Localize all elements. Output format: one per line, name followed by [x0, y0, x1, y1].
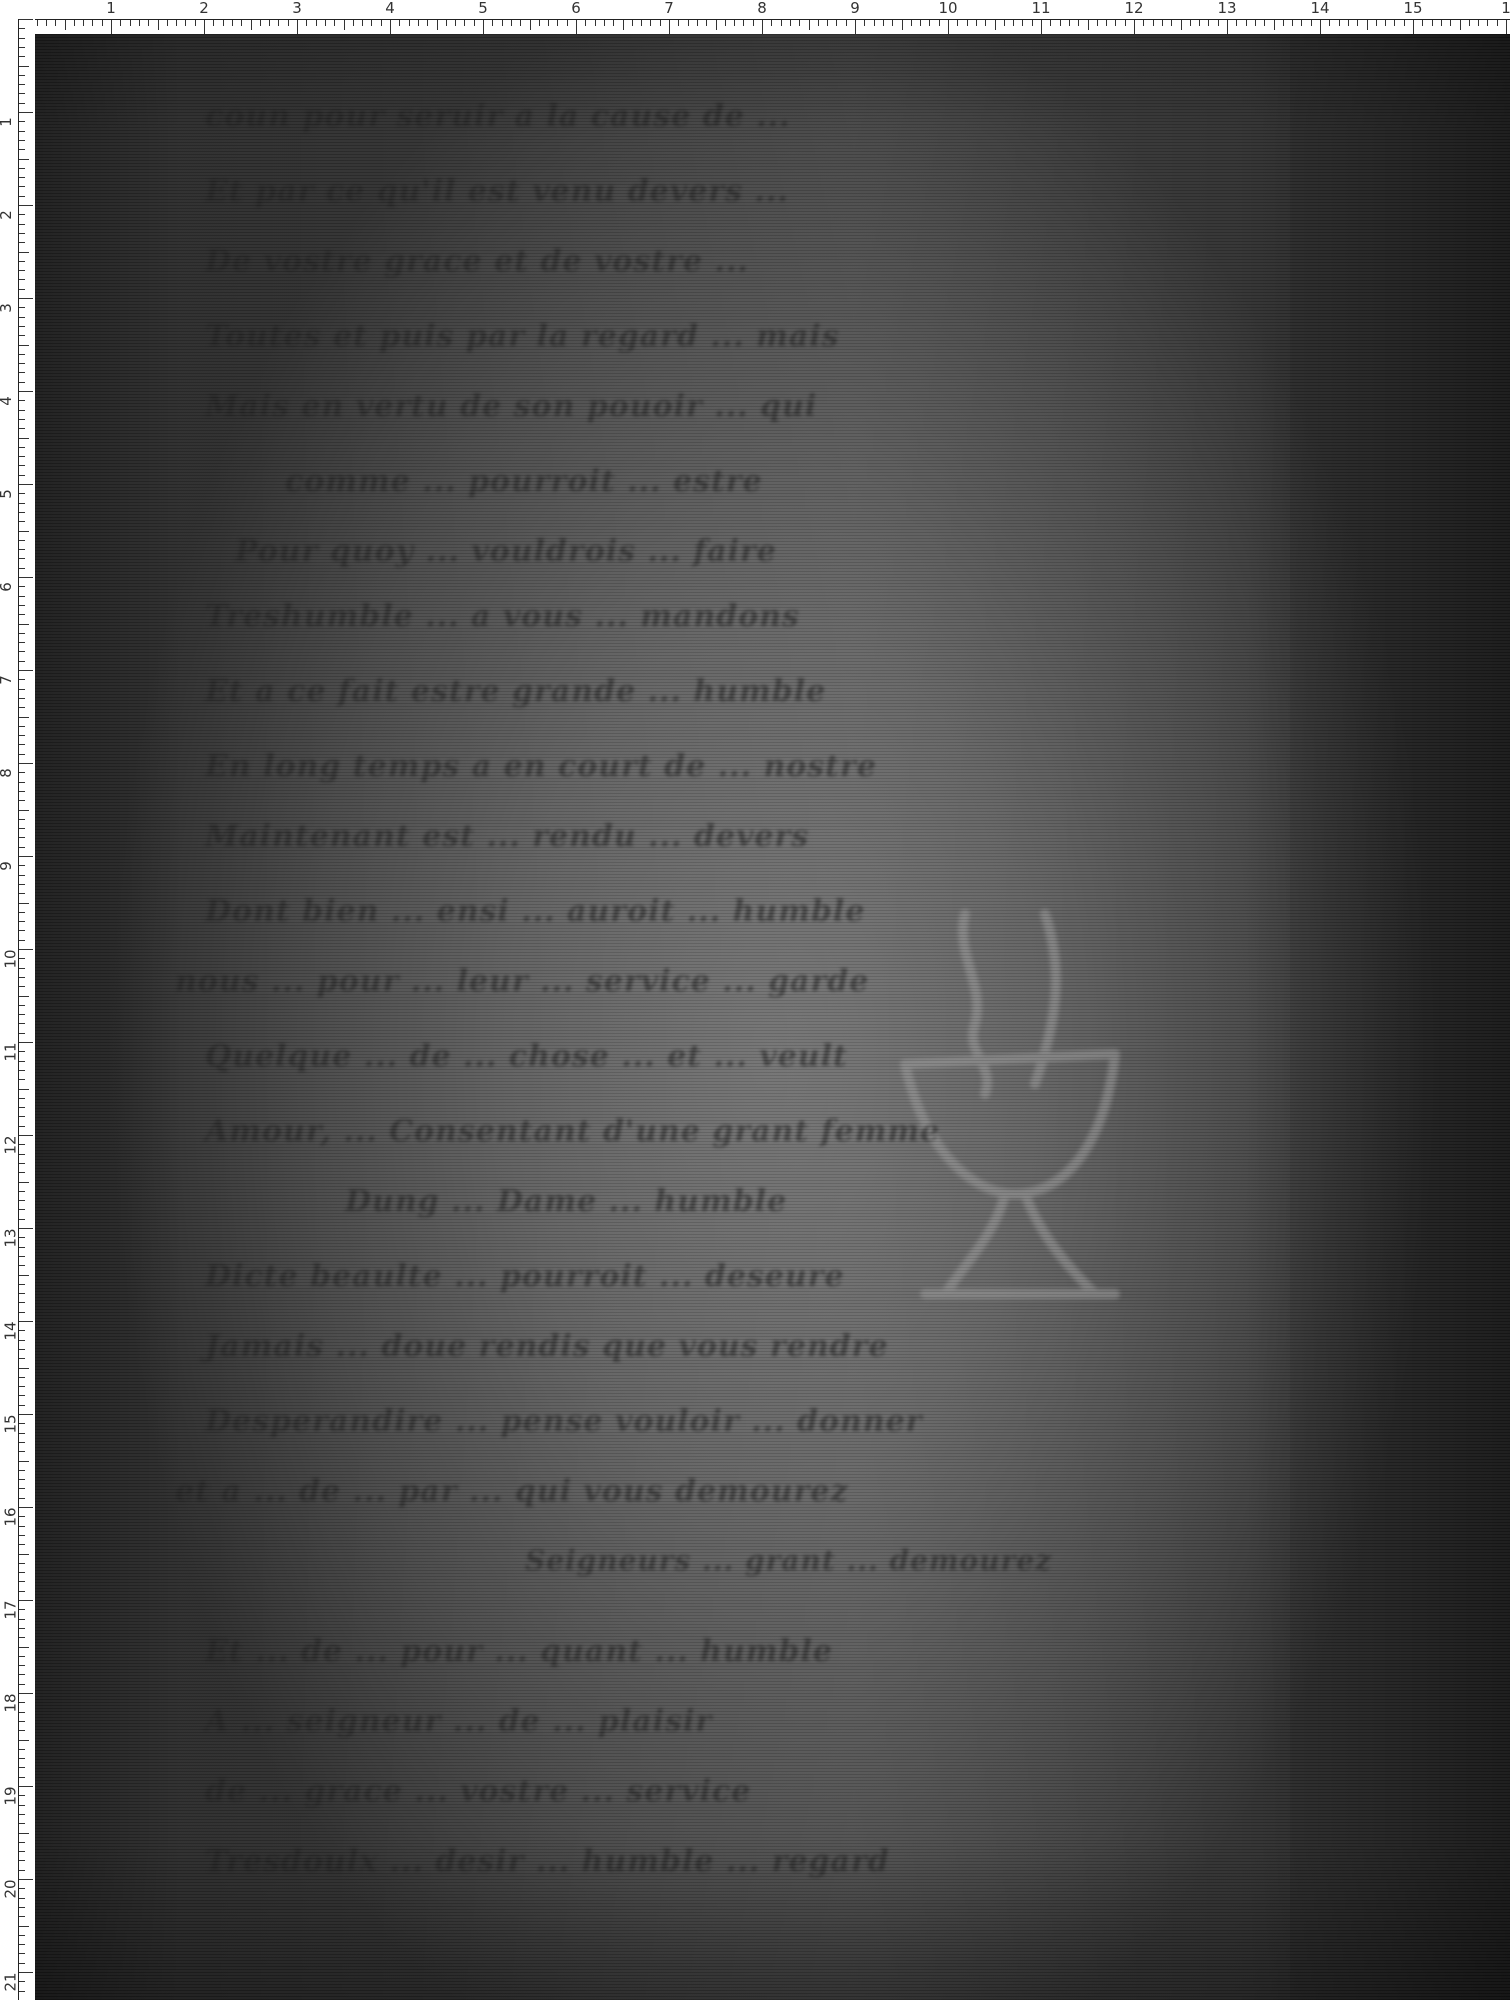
- ruler-label: 17: [3, 1600, 19, 1619]
- ruler-tick: [19, 679, 25, 680]
- ruler-tick: [19, 1972, 33, 1973]
- ruler-tick: [19, 1135, 33, 1136]
- ruler-tick: [492, 20, 493, 26]
- ruler-tick: [706, 20, 707, 26]
- ruler-tick: [19, 837, 25, 838]
- ruler-tick: [1292, 20, 1293, 26]
- ruler-tick: [1283, 20, 1284, 26]
- ruler-tick: [446, 20, 447, 26]
- ruler-tick: [288, 20, 289, 26]
- ruler-tick: [19, 1619, 25, 1620]
- ruler-label: 1: [106, 0, 116, 16]
- ruler-tick: [920, 20, 921, 26]
- ruler-tick: [19, 1535, 25, 1536]
- ruler-tick: [502, 20, 503, 26]
- ruler-tick: [19, 1340, 25, 1341]
- ruler-tick: [567, 20, 568, 26]
- ruler-tick: [827, 20, 828, 26]
- ruler-tick: [19, 754, 25, 755]
- ruler-label: 13: [1217, 0, 1236, 16]
- ruler-tick: [19, 1702, 25, 1703]
- manuscript-line: Pour quoy ... vouldrois ... faire: [235, 534, 777, 569]
- ruler-tick: [19, 252, 29, 253]
- ruler-tick: [362, 20, 363, 26]
- ruler-tick: [19, 1693, 33, 1694]
- ruler-tick: [762, 20, 763, 34]
- ruler-tick: [1115, 20, 1116, 26]
- ruler-tick: [19, 1228, 33, 1229]
- ruler-tick: [19, 1126, 25, 1127]
- ruler-tick: [19, 28, 25, 29]
- ruler-tick: [390, 20, 391, 34]
- ruler-tick: [19, 56, 25, 57]
- ruler-tick: [1348, 20, 1349, 26]
- ruler-tick: [437, 20, 438, 30]
- ruler-tick: [1199, 20, 1200, 26]
- ruler-tick: [19, 465, 25, 466]
- ruler-tick: [1255, 20, 1256, 26]
- ruler-tick: [995, 20, 996, 30]
- ruler-tick: [19, 428, 25, 429]
- ruler-tick: [334, 20, 335, 26]
- ruler-tick: [19, 549, 25, 550]
- ruler-tick: [19, 382, 25, 383]
- ruler-tick: [19, 1061, 25, 1062]
- ruler-tick: [19, 354, 25, 355]
- ruler-tick: [19, 103, 25, 104]
- ruler-tick: [269, 20, 270, 26]
- ruler-tick: [1432, 20, 1433, 26]
- ruler-tick: [19, 1321, 33, 1322]
- ruler-tick: [19, 1051, 25, 1052]
- ruler-tick: [1004, 20, 1005, 26]
- ruler-tick: [19, 196, 25, 197]
- ruler-tick: [19, 689, 25, 690]
- ruler-tick: [19, 121, 25, 122]
- manuscript-line: A ... seigneur ... de ... plaisir: [205, 1704, 712, 1739]
- ruler-tick: [19, 744, 25, 745]
- ruler-tick: [19, 1265, 25, 1266]
- ruler-tick: [19, 149, 25, 150]
- ruler-tick: [19, 1963, 25, 1964]
- ruler-tick: [557, 20, 558, 26]
- ruler-tick: [697, 20, 698, 26]
- ruler-tick: [1413, 20, 1414, 34]
- ruler-tick: [19, 1237, 25, 1238]
- ruler-tick: [19, 1172, 25, 1173]
- ruler-tick: [19, 1516, 25, 1517]
- ruler-tick: [19, 782, 25, 783]
- ruler-tick: [19, 1907, 25, 1908]
- ruler-tick: [511, 20, 512, 26]
- ruler-tick: [19, 1851, 25, 1852]
- ruler-tick: [19, 1079, 25, 1080]
- ruler-tick: [1013, 20, 1014, 26]
- ruler-tick: [353, 20, 354, 26]
- ruler-tick: [111, 20, 112, 34]
- ruler-tick: [19, 1488, 25, 1489]
- ruler-tick: [19, 1591, 25, 1592]
- manuscript-scan: coun pour seruir a la cause de ... Et pa…: [35, 34, 1510, 2000]
- ruler-tick: [19, 372, 25, 373]
- ruler-tick: [278, 20, 279, 26]
- ruler-tick: [939, 20, 940, 26]
- ruler-tick: [19, 903, 29, 904]
- ruler-tick: [19, 633, 25, 634]
- ruler-tick: [19, 1089, 29, 1090]
- ruler-tick: [688, 20, 689, 26]
- ruler-tick: [1041, 20, 1042, 34]
- ruler-tick: [19, 1219, 25, 1220]
- manuscript-line: Quelque ... de ... chose ... et ... veul…: [205, 1039, 848, 1074]
- ruler-tick: [613, 20, 614, 26]
- ruler-label: 2: [0, 210, 14, 220]
- manuscript-line: Et par ce qu'il est venu devers ...: [205, 174, 789, 209]
- ruler-tick: [19, 1433, 25, 1434]
- ruler-tick: [195, 20, 196, 26]
- ruler-tick: [19, 772, 25, 773]
- manuscript-line: de ... grace ... vostre ... service: [205, 1774, 751, 1809]
- ruler-tick: [1450, 20, 1451, 26]
- ruler-tick: [120, 20, 121, 26]
- ruler-tick: [19, 159, 29, 160]
- ruler-tick: [19, 1935, 25, 1936]
- ruler-tick: [650, 20, 651, 26]
- manuscript-line: nous ... pour ... leur ... service ... g…: [175, 964, 869, 999]
- ruler-tick: [585, 20, 586, 26]
- ruler-tick: [19, 558, 25, 559]
- ruler-tick: [19, 493, 25, 494]
- ruler-tick: [19, 1191, 25, 1192]
- ruler-tick: [19, 968, 25, 969]
- ruler-tick: [148, 20, 149, 26]
- ruler-tick: [1097, 20, 1098, 26]
- ruler-tick: [19, 763, 33, 764]
- ruler-tick: [19, 949, 33, 950]
- ruler-tick: [19, 651, 25, 652]
- ruler-tick: [19, 326, 25, 327]
- ruler-label: 14: [3, 1321, 19, 1340]
- ruler-tick: [19, 893, 25, 894]
- ruler-tick: [325, 20, 326, 26]
- ruler-tick: [232, 20, 233, 26]
- ruler-tick: [1301, 20, 1302, 26]
- ruler-tick: [957, 20, 958, 26]
- ruler-tick: [251, 20, 252, 30]
- ruler-tick: [19, 1023, 25, 1024]
- ruler-tick: [1311, 20, 1312, 26]
- manuscript-line: Mais en vertu de son pouoir ... qui: [205, 389, 817, 424]
- ruler-tick: [19, 531, 29, 532]
- ruler-tick: [19, 1842, 25, 1843]
- ruler-tick: [19, 1712, 25, 1713]
- ruler-tick: [19, 1395, 25, 1396]
- ruler-tick: [19, 1795, 25, 1796]
- ruler-tick: [19, 307, 25, 308]
- ruler-tick: [19, 438, 29, 439]
- ruler-tick: [539, 20, 540, 26]
- ruler-label: 2: [199, 0, 209, 16]
- ruler-tick: [297, 20, 298, 34]
- ruler-tick: [19, 1098, 25, 1099]
- ruler-label: 4: [0, 396, 14, 406]
- ruler-tick: [771, 20, 772, 26]
- ruler-tick: [19, 1870, 25, 1871]
- ruler-label: 21: [3, 1972, 19, 1991]
- ruler-tick: [19, 1879, 33, 1880]
- ruler-tick: [855, 20, 856, 34]
- ruler-tick: [19, 503, 25, 504]
- ruler-tick: [520, 20, 521, 26]
- ruler-tick: [306, 20, 307, 26]
- ruler-tick: [19, 475, 25, 476]
- ruler-tick: [19, 1628, 25, 1629]
- ruler-tick: [19, 1786, 33, 1787]
- ruler-tick: [19, 1953, 25, 1954]
- ruler-tick: [130, 20, 131, 26]
- ruler-tick: [83, 20, 84, 26]
- ruler-tick: [892, 20, 893, 26]
- ruler-tick: [19, 1544, 25, 1545]
- ruler-tick: [19, 698, 25, 699]
- ruler-tick: [19, 186, 25, 187]
- ruler-tick: [19, 363, 25, 364]
- ruler-label: 13: [3, 1228, 19, 1247]
- ruler-tick: [818, 20, 819, 26]
- ruler-tick: [483, 20, 484, 34]
- ruler-tick: [19, 847, 25, 848]
- ruler-tick: [46, 20, 47, 26]
- ruler-label: 7: [0, 675, 14, 685]
- ruler-tick: [19, 1554, 29, 1555]
- ruler-tick: [1246, 20, 1247, 26]
- ruler-tick: [1190, 20, 1191, 26]
- ruler-tick: [1153, 20, 1154, 26]
- ruler-tick: [19, 596, 25, 597]
- ruler-tick: [19, 670, 33, 671]
- ruler-tick: [19, 1275, 29, 1276]
- ruler-tick: [19, 1461, 29, 1462]
- ruler-tick: [19, 1898, 25, 1899]
- ruler-tick: [19, 921, 25, 922]
- ruler-tick: [1320, 20, 1321, 34]
- manuscript-line: Et a ce fait estre grande ... humble: [205, 674, 826, 709]
- ruler-tick: [19, 317, 25, 318]
- ruler-tick: [474, 20, 475, 26]
- ruler-tick: [19, 1163, 25, 1164]
- ruler-tick: [790, 20, 791, 26]
- ruler-tick: [1125, 20, 1126, 26]
- manuscript-line: Dung ... Dame ... humble: [345, 1184, 787, 1219]
- ruler-tick: [409, 20, 410, 26]
- ruler-tick: [19, 707, 25, 708]
- ruler-tick: [19, 1033, 25, 1034]
- ruler-tick: [19, 726, 25, 727]
- ruler-label: 5: [0, 489, 14, 499]
- ruler-tick: [19, 1070, 25, 1071]
- ruler-tick: [976, 20, 977, 26]
- ruler-tick: [1143, 20, 1144, 26]
- ruler-tick: [19, 279, 25, 280]
- ruler-tick: [19, 1823, 25, 1824]
- ruler-tick: [19, 819, 25, 820]
- ruler-tick: [418, 20, 419, 26]
- ruler-tick: [19, 986, 25, 987]
- ruler-label: 6: [571, 0, 581, 16]
- ruler-tick: [1329, 20, 1330, 26]
- ruler-tick: [19, 242, 25, 243]
- ruler-tick: [1478, 20, 1479, 26]
- ruler-tick: [1060, 20, 1061, 26]
- ruler-tick: [1227, 20, 1228, 34]
- ruler-tick: [316, 20, 317, 26]
- ruler-tick: [37, 20, 38, 26]
- ruler-label: 3: [0, 303, 14, 313]
- ruler-tick: [19, 1442, 25, 1443]
- ruler-tick: [19, 1451, 25, 1452]
- ruler-tick: [669, 20, 670, 34]
- ruler-tick: [102, 20, 103, 26]
- ruler-tick: [19, 168, 25, 169]
- ruler-tick: [371, 20, 372, 26]
- ruler-tick: [1078, 20, 1079, 26]
- ruler-tick: [19, 1358, 25, 1359]
- ruler-tick: [1264, 20, 1265, 26]
- ruler-tick: [19, 1154, 25, 1155]
- ruler-label: 10: [938, 0, 957, 16]
- manuscript-line: Tresdoulx ... desir ... humble ... regar…: [205, 1844, 890, 1879]
- ruler-tick: [19, 1572, 25, 1573]
- ruler-tick: [19, 1888, 25, 1889]
- ruler-tick: [1506, 20, 1507, 34]
- ruler-tick: [576, 20, 577, 34]
- ruler-tick: [55, 20, 56, 26]
- ruler-tick: [1171, 20, 1172, 26]
- ruler-tick: [19, 521, 25, 522]
- ruler-tick: [19, 828, 25, 829]
- ruler-tick: [19, 233, 25, 234]
- ruler-tick: [19, 586, 25, 587]
- ruler-tick: [399, 20, 400, 26]
- ruler-tick: [19, 800, 25, 801]
- ruler-tick: [1497, 20, 1498, 26]
- ruler-label: 9: [850, 0, 860, 16]
- manuscript-line: En long temps a en court de ... nostre: [205, 749, 877, 784]
- ruler-tick: [19, 1144, 25, 1145]
- ruler-tick: [19, 345, 29, 346]
- manuscript-line: Jamais ... doue rendis que vous rendre: [205, 1329, 889, 1364]
- ruler-tick: [19, 1330, 25, 1331]
- ruler-tick: [19, 875, 25, 876]
- ruler-tick: [19, 912, 25, 913]
- ruler-tick: [19, 1805, 25, 1806]
- ruler-tick: [19, 38, 25, 39]
- ruler-label: 14: [1310, 0, 1329, 16]
- ruler-tick: [19, 1349, 25, 1350]
- ruler-label: 1: [1501, 0, 1510, 16]
- ruler-tick: [19, 1526, 25, 1527]
- ruler-tick: [260, 20, 261, 26]
- ruler-tick: [19, 1256, 25, 1257]
- ruler-tick: [911, 20, 912, 26]
- ruler-label: 18: [3, 1693, 19, 1712]
- ruler-tick: [1394, 20, 1395, 26]
- ruler-tick: [1134, 20, 1135, 34]
- ruler-tick: [213, 20, 214, 26]
- ruler-tick: [19, 1860, 25, 1861]
- ruler-tick: [19, 205, 33, 206]
- ruler-tick: [19, 1749, 25, 1750]
- ruler-tick: [92, 20, 93, 26]
- ruler-label: 20: [3, 1879, 19, 1898]
- ruler-tick: [836, 20, 837, 26]
- ruler-tick: [19, 791, 25, 792]
- ruler-tick: [948, 20, 949, 34]
- ruler-tick: [19, 391, 33, 392]
- ruler-tick: [19, 456, 25, 457]
- ruler-tick: [1088, 20, 1089, 30]
- ruler-label: 16: [3, 1507, 19, 1526]
- ruler-label: 11: [1031, 0, 1050, 16]
- ruler-tick: [1106, 20, 1107, 26]
- ruler-tick: [548, 20, 549, 26]
- ruler-tick: [19, 66, 29, 67]
- ruler-tick: [19, 75, 25, 76]
- ruler-tick: [19, 1814, 25, 1815]
- ruler-tick: [19, 1740, 29, 1741]
- ruler-label: 1: [0, 117, 14, 127]
- ruler-tick: [19, 865, 25, 866]
- ruler-tick: [604, 20, 605, 26]
- ruler-tick: [19, 717, 29, 718]
- ruler-tick: [19, 1721, 25, 1722]
- ruler-label: 10: [3, 949, 19, 968]
- ruler-tick: [1441, 20, 1442, 26]
- ruler-tick: [1404, 20, 1405, 26]
- ruler-tick: [19, 1302, 25, 1303]
- ruler-tick: [19, 1005, 25, 1006]
- ruler-tick: [19, 614, 25, 615]
- ruler-tick: [864, 20, 865, 26]
- ruler-tick: [185, 20, 186, 26]
- ruler-tick: [19, 484, 33, 485]
- ruler-tick: [1357, 20, 1358, 26]
- ruler-tick: [19, 1637, 25, 1638]
- ruler-tick: [883, 20, 884, 26]
- ruler-tick: [19, 1563, 25, 1564]
- ruler-tick: [19, 1730, 25, 1731]
- ruler-tick: [19, 1200, 25, 1201]
- ruler-tick: [19, 131, 25, 132]
- ruler-tick: [967, 20, 968, 26]
- manuscript-line: Amour, ... Consentant d'une grant femme: [205, 1114, 940, 1149]
- ruler-tick: [19, 1656, 25, 1657]
- ruler-tick: [1218, 20, 1219, 26]
- ruler-tick: [19, 1470, 25, 1471]
- manuscript-line: Dont bien ... ensi ... auroit ... humble: [205, 894, 865, 929]
- ruler-tick: [19, 930, 25, 931]
- watermark-vessel-icon: [865, 894, 1165, 1314]
- ruler-tick: [1236, 20, 1237, 26]
- ruler-tick: [623, 20, 624, 30]
- ruler-tick: [19, 1926, 29, 1927]
- manuscript-line: Toutes et puis par la regard ... mais: [205, 319, 840, 354]
- manuscript-line: Desperandire ... pense vouloir ... donne…: [205, 1404, 922, 1439]
- ruler-tick: [74, 20, 75, 26]
- ruler-tick: [19, 1767, 25, 1768]
- manuscript-line: De vostre grace et de vostre ...: [205, 244, 749, 279]
- ruler-label: 3: [292, 0, 302, 16]
